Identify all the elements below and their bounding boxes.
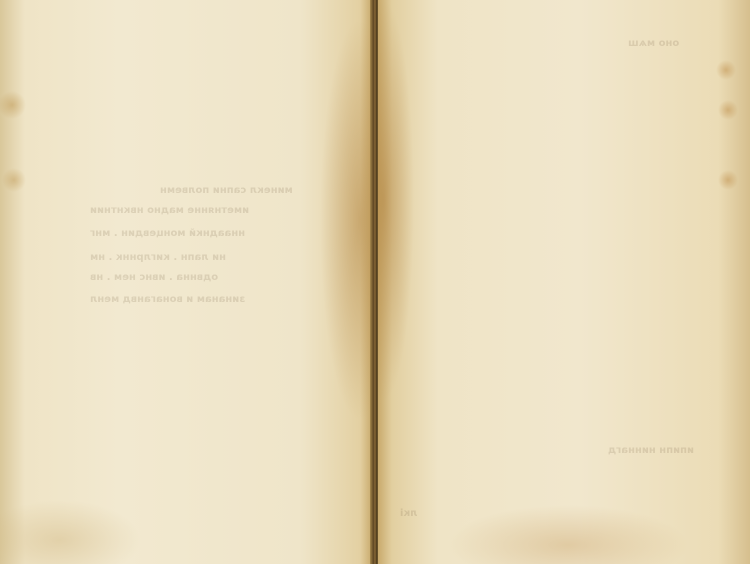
left-page: минекл сапни полвемн иметнянне мадно нвк… xyxy=(0,0,372,564)
show-through-text: одвнна . ивнс нем . нв xyxy=(90,272,218,283)
show-through-text: ннааднкй монцевдин . мнг xyxy=(90,228,245,239)
show-through-text: оно мѧш xyxy=(628,38,679,49)
show-through-text: ни лапн . киглрннк . нм xyxy=(90,252,226,263)
show-through-text: минекл сапни полвемн xyxy=(160,185,293,196)
show-through-text: зинанам и вонаганвд менл xyxy=(90,294,245,305)
show-through-text: ипипн ниннагд xyxy=(608,445,694,456)
right-page: оно мѧш ипипн ниннагд лкі xyxy=(378,0,750,564)
manuscript-spread: минекл сапни полвемн иметнянне мадно нвк… xyxy=(0,0,750,564)
show-through-text: лкі xyxy=(400,508,418,519)
show-through-text: иметнянне мадно нвкнтнии xyxy=(90,205,249,216)
